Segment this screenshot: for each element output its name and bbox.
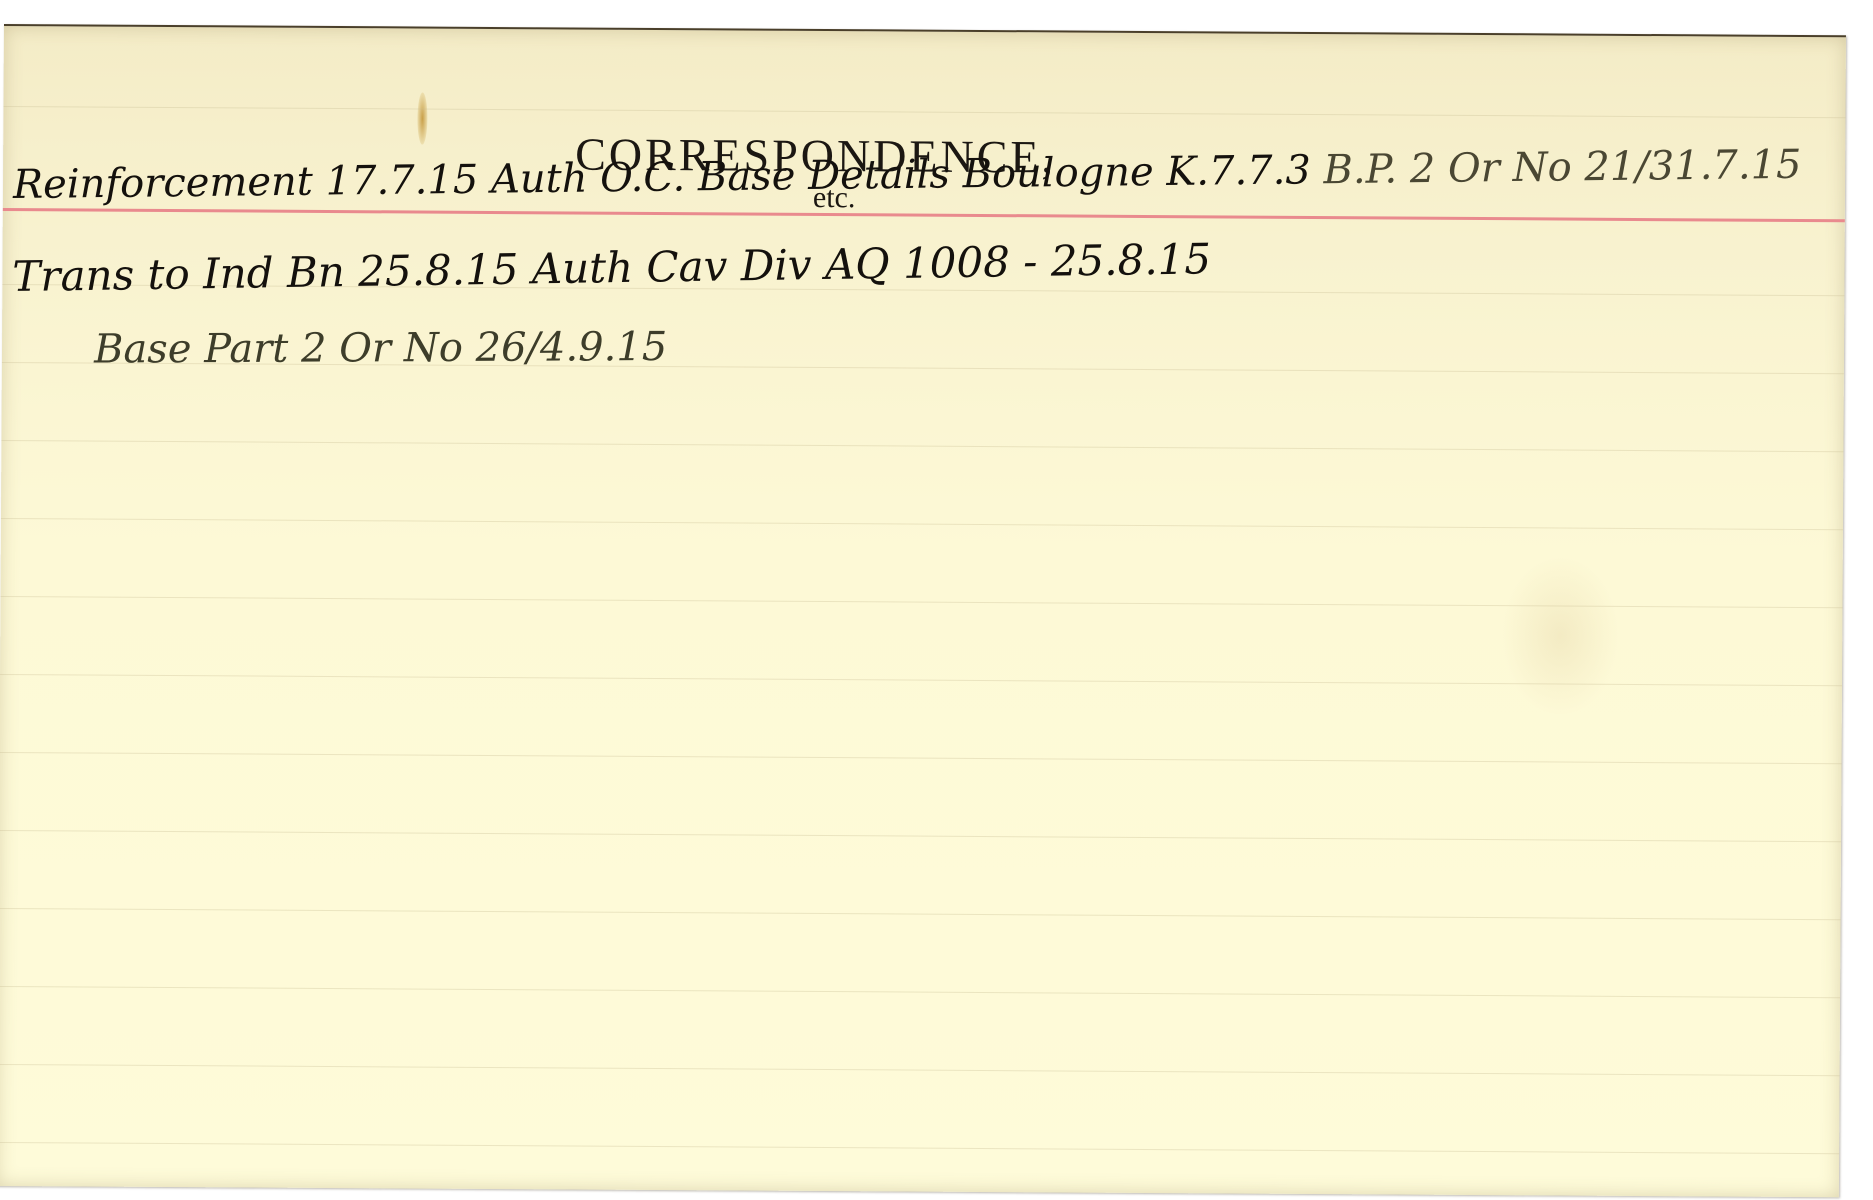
stain-mark <box>417 93 427 145</box>
ruled-line <box>0 1064 1840 1076</box>
ruled-line <box>0 830 1841 842</box>
ruled-line <box>1 440 1843 452</box>
correspondence-card: CORRESPONDENCE, etc. Reinforcement 17.7.… <box>0 24 1846 1197</box>
handwritten-entry: Reinforcement 17.7.15 Auth O.C. Base Det… <box>13 142 1802 208</box>
entry-pencil-text: Base Part 2 Or No 26/4.9.15 <box>94 324 667 373</box>
ruled-line <box>0 1142 1839 1154</box>
ruled-line <box>0 908 1841 920</box>
ruled-line <box>0 986 1840 998</box>
entry-ink-text: Reinforcement 17.7.15 Auth O.C. Base Det… <box>13 147 1311 208</box>
ruled-line <box>1 518 1843 530</box>
entry-pencil-text: B.P. 2 Or No 21/31.7.15 <box>1311 142 1802 194</box>
red-ruled-line <box>3 208 1845 222</box>
stain-mark <box>1500 555 1621 716</box>
ruled-line <box>0 752 1842 764</box>
ruled-line <box>3 106 1845 118</box>
handwritten-entry: Base Part 2 Or No 26/4.9.15 <box>94 324 667 373</box>
